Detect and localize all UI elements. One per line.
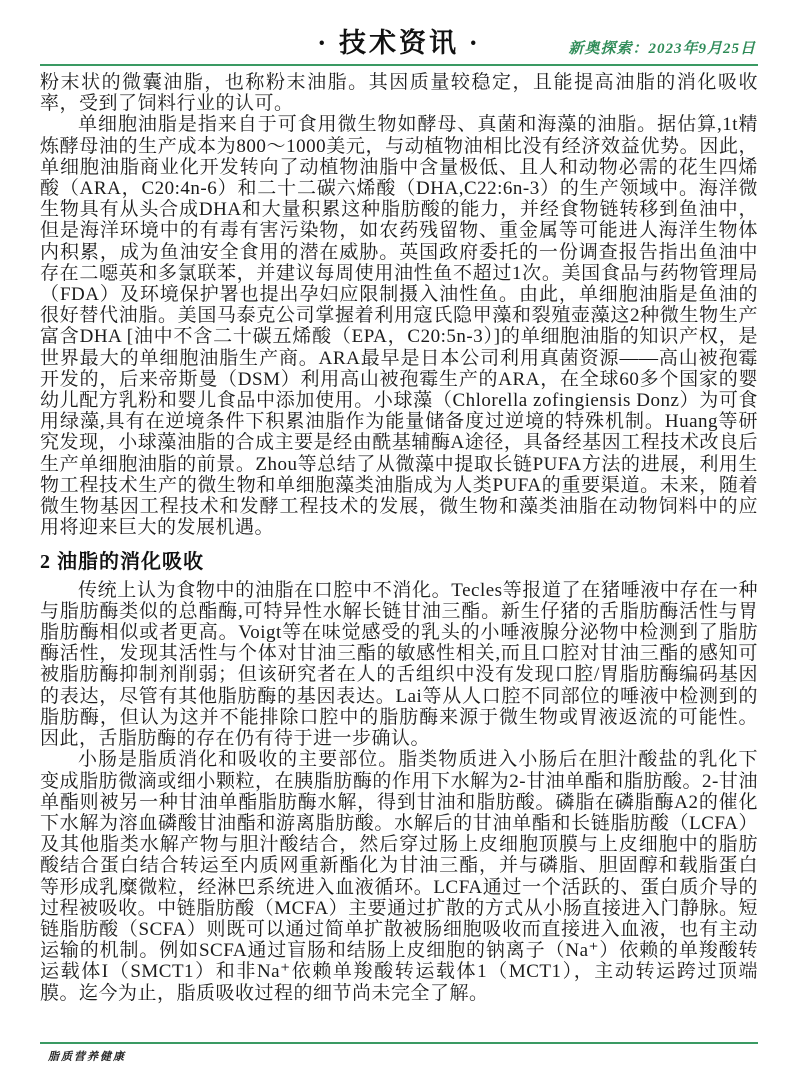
page-header: · 技术资讯 · 新奥探索：2023年9月25日	[40, 0, 758, 64]
article-body: 粉末状的微囊油脂，也称粉末油脂。其因质量较稳定，且能提高油脂的消化吸收率，受到了…	[40, 72, 758, 1004]
issue-date: 新奥探索：2023年9月25日	[568, 37, 756, 58]
paragraph-4: 小肠是脂质消化和吸收的主要部位。脂类物质进入小肠后在胆汁酸盐的乳化下变成脂肪微滴…	[40, 749, 758, 1003]
paragraph-1: 粉末状的微囊油脂，也称粉末油脂。其因质量较稳定，且能提高油脂的消化吸收率，受到了…	[40, 72, 758, 114]
paragraph-3: 传统上认为食物中的油脂在口腔中不消化。Tecles等报道了在猪唾液中存在一种与脂…	[40, 580, 758, 750]
section-heading: 2 油脂的消化吸收	[40, 552, 758, 573]
footer-label: 脂质营养健康	[48, 1048, 126, 1064]
document-page: · 技术资讯 · 新奥探索：2023年9月25日 粉末状的微囊油脂，也称粉末油脂…	[0, 0, 794, 1078]
paragraph-2: 单细胞油脂是指来自于可食用微生物如酵母、真菌和海藻的油脂。据估算,1t精炼酵母油…	[40, 114, 758, 538]
header-divider	[40, 64, 758, 66]
footer-divider	[40, 1042, 758, 1044]
